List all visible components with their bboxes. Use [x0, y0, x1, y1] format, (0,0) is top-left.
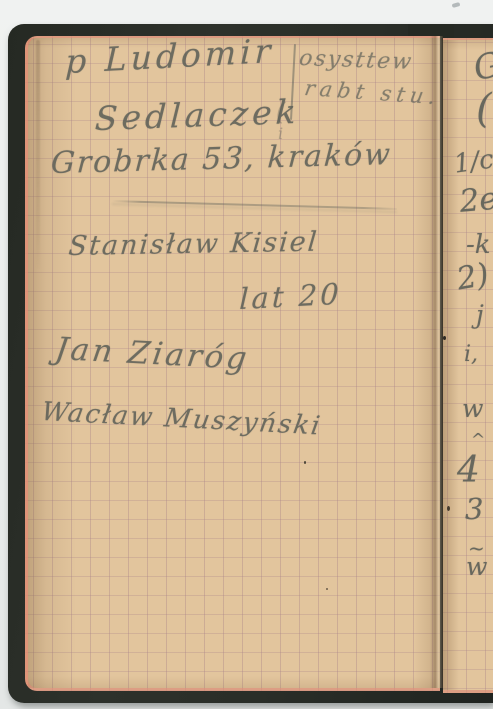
- handwriting-surname-sedlaczek: Sedlaczek: [94, 92, 301, 138]
- right-page-fragment: 3: [465, 492, 483, 526]
- dark-speck: [447, 506, 450, 511]
- right-page-fragment: i,: [464, 342, 478, 367]
- handwriting-name-kisiel: Stanisław Kisiel: [67, 227, 319, 262]
- right-page-fragment: w: [466, 552, 487, 581]
- handwriting-age: lat 20: [239, 277, 342, 316]
- right-page-fragment: 2e: [458, 181, 493, 220]
- pencil-stray-mark: (: [276, 98, 285, 126]
- left-page-crease: [36, 40, 40, 270]
- scanner-dust-mark: [452, 2, 461, 8]
- handwriting-note-line1: osysttew: [298, 46, 415, 75]
- pencil-stray-mark: i: [278, 124, 283, 143]
- right-page-fragment: j: [476, 300, 484, 329]
- page-gutter-crease: [430, 36, 443, 688]
- right-page-fragment: (: [476, 86, 492, 132]
- right-page-fragment: ^: [471, 430, 485, 450]
- right-page-fragment: -k: [466, 230, 491, 260]
- right-page-fragment: 4: [457, 450, 480, 491]
- right-page-fragment: 2): [454, 256, 492, 297]
- right-page-fragment: 1/c: [452, 144, 493, 179]
- dark-speck: [304, 461, 306, 464]
- notebook-photo: p Ludomir osysttew rabt stu. Sedlaczek G…: [0, 0, 493, 709]
- right-page-fragment: w: [462, 394, 483, 423]
- dark-speck: [326, 588, 328, 590]
- dark-speck: [443, 336, 446, 340]
